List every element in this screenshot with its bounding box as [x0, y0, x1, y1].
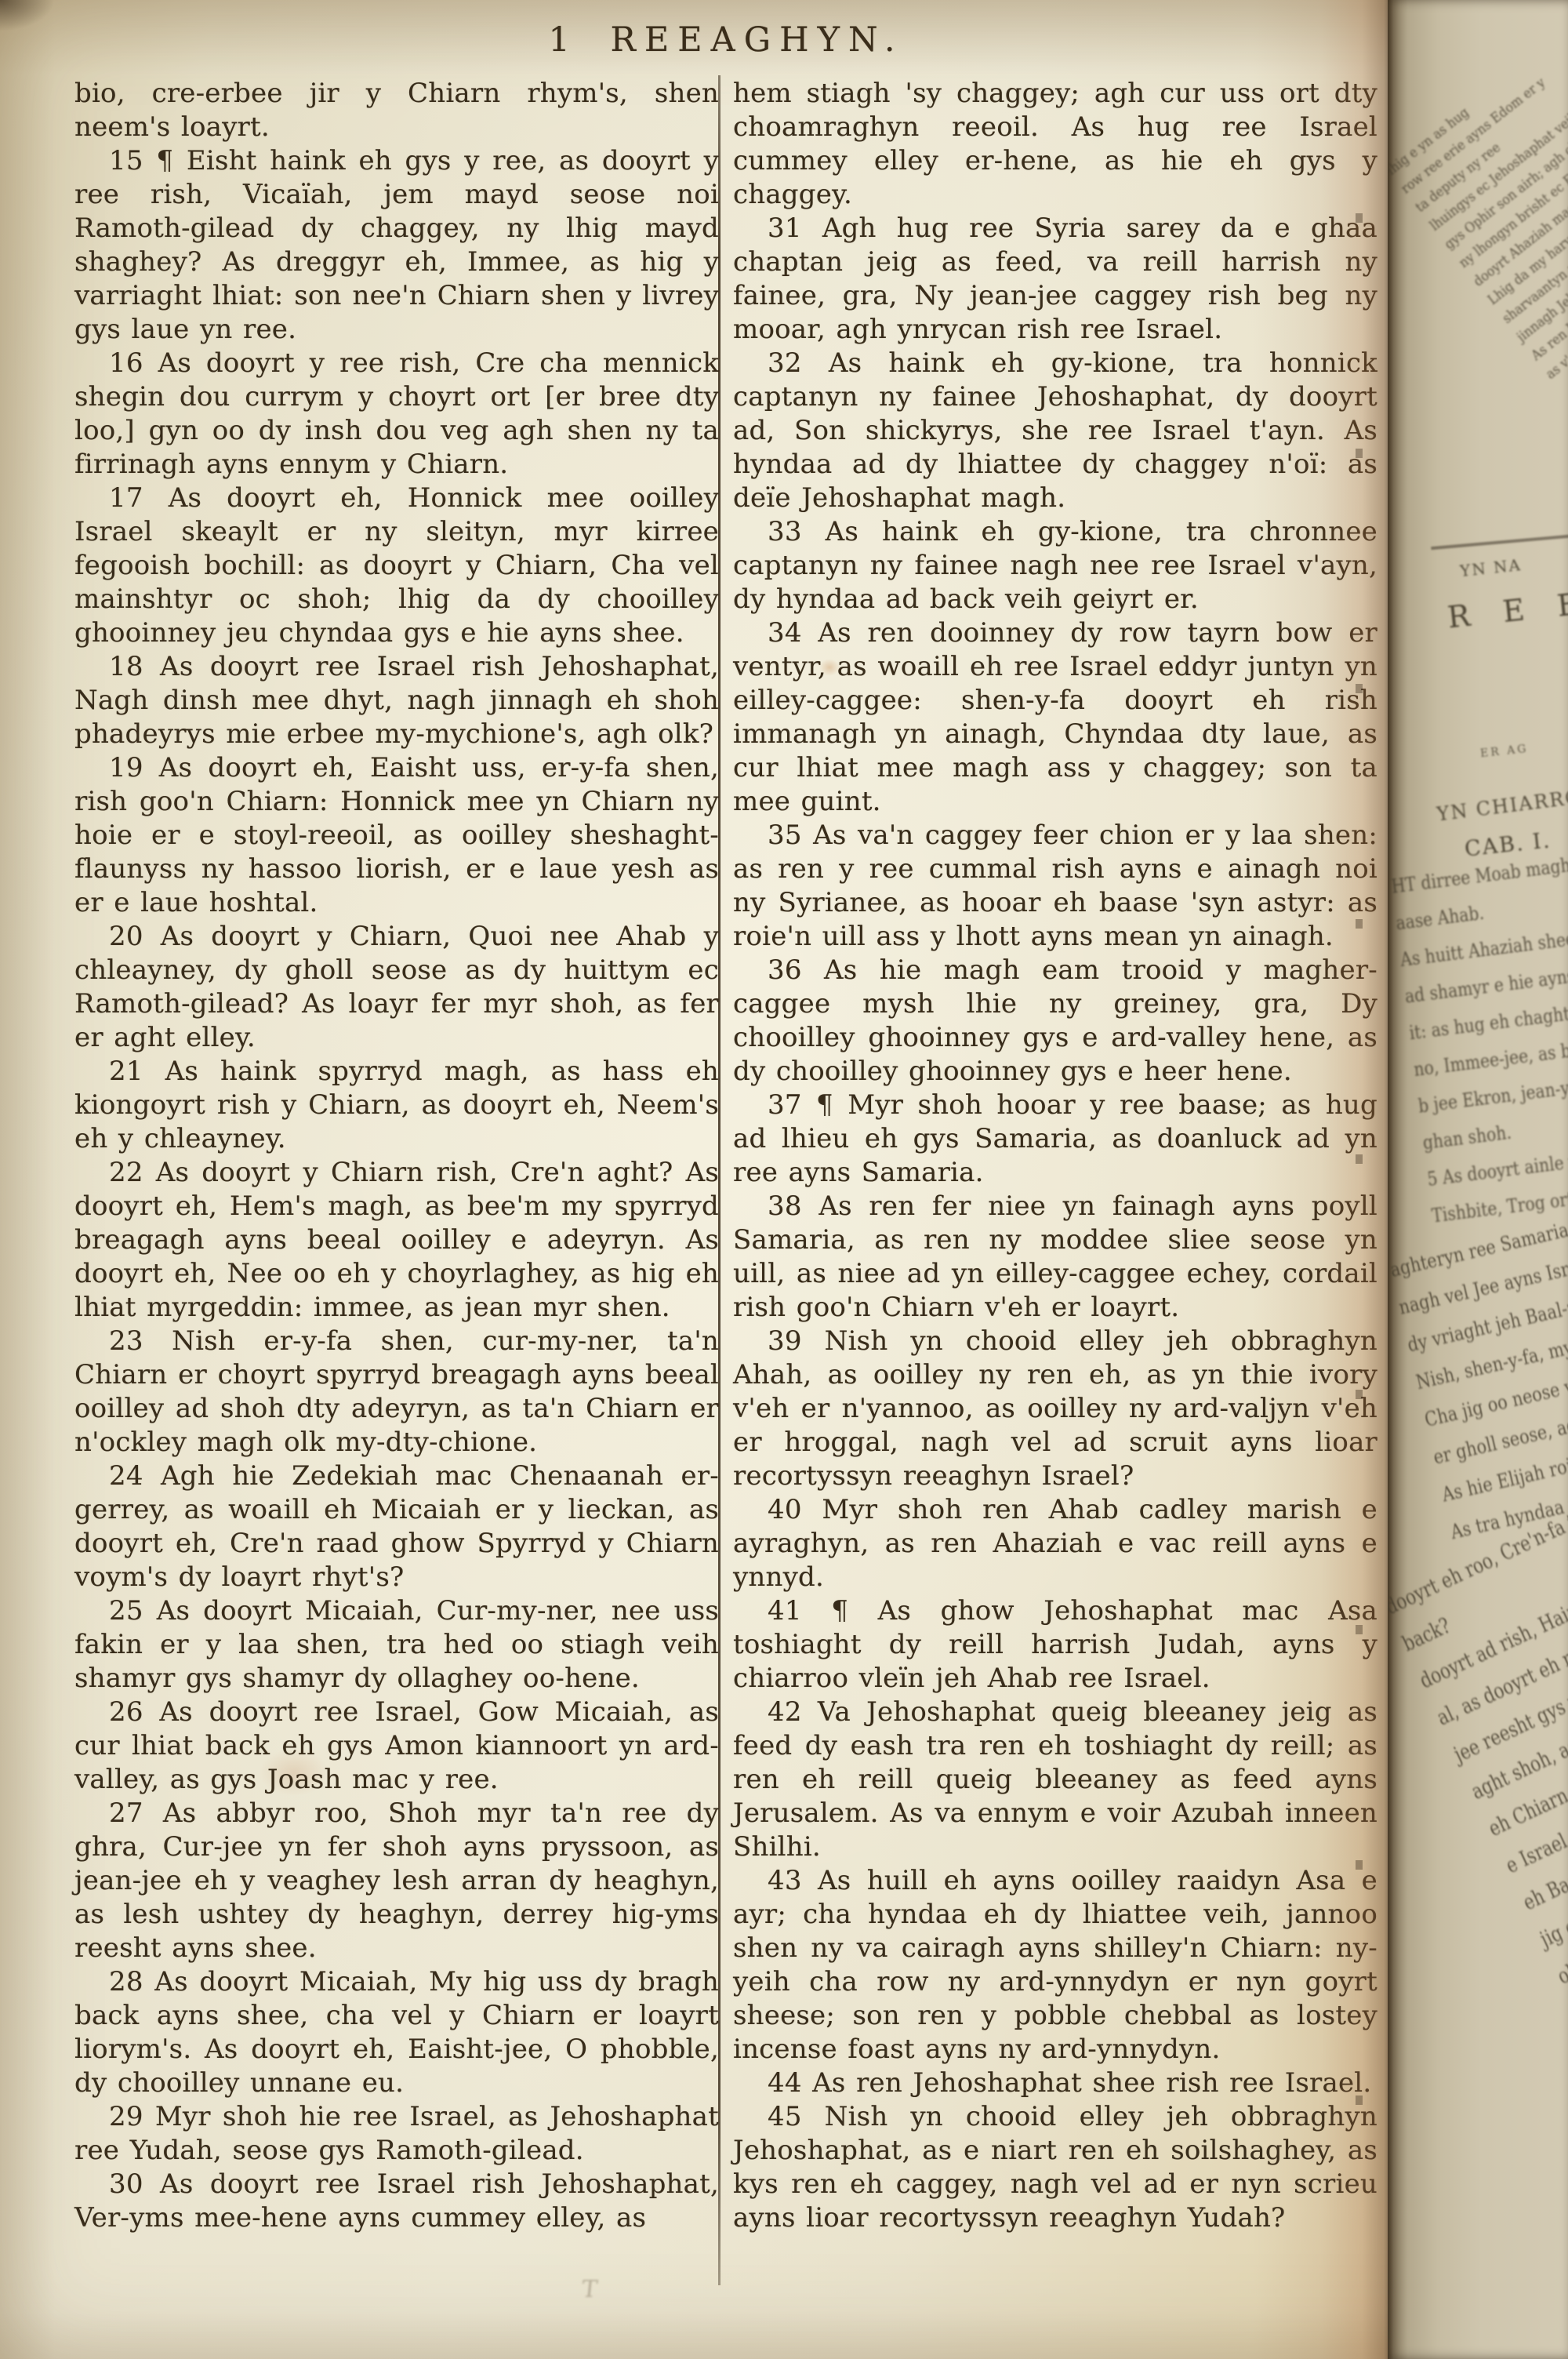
- verse: 21 As haink spyrryd magh, as hass eh kio…: [74, 1055, 719, 1156]
- verse: 24 Agh hie Zedekiah mac Chenaanah er-ger…: [74, 1459, 719, 1594]
- facing-page-ghost-text: dooyrt eh roo, Cre'n-fa taback?dooyrt ad…: [1388, 1466, 1568, 2255]
- facing-page-edge: lhig e yn as hugrow ree erie ayns Edom e…: [1388, 0, 1568, 2359]
- gutter-shadow: [1253, 0, 1389, 2359]
- verse: 20 As dooyrt y Chiarn, Quoi nee Ahab y c…: [74, 920, 719, 1055]
- facing-page-ghost-text: HT dirree Moab magh noi Isaase Ahab.As h…: [1389, 834, 1568, 1234]
- page-edge-ticks: [1356, 102, 1363, 2282]
- verse: 22 As dooyrt y Chiarn rish, Cre'n aght? …: [74, 1156, 719, 1325]
- verse: 17 As dooyrt eh, Honnick mee ooilley Isr…: [74, 482, 719, 650]
- verse: 23 Nish er-y-fa shen, cur-my-ner, ta'n C…: [74, 1325, 719, 1459]
- verse: 18 As dooyrt ree Israel rish Jehoshaphat…: [74, 650, 719, 751]
- verse: 30 As dooyrt ree Israel rish Jehoshaphat…: [74, 2168, 719, 2235]
- facing-page-running-fragment: YN CHIARROO: [1436, 783, 1568, 825]
- facing-page-rule: [1431, 533, 1568, 550]
- facing-page-ghost-text: aghteryn ree Samaria, as abbnagh vel Jee…: [1388, 1187, 1568, 1551]
- verse-continuation: bio, cre-erbee jir y Chiarn rhym's, shen…: [74, 77, 719, 144]
- book-page-scan: 1 REEAGHYN. bio, cre-erbee jir y Chiarn …: [0, 0, 1568, 2359]
- facing-page-title-fragment: R E E: [1446, 586, 1568, 635]
- verse: 16 As dooyrt y ree rish, Cre cha mennick…: [74, 347, 719, 482]
- facing-page-title-fragment: ER AG: [1479, 743, 1529, 760]
- running-header: 1 REEAGHYN.: [74, 20, 1377, 60]
- verse: 26 As dooyrt ree Israel, Gow Micaiah, as…: [74, 1696, 719, 1797]
- verse: 29 Myr shoh hie ree Israel, as Jehoshaph…: [74, 2100, 719, 2168]
- verse: 15 ¶ Eisht haink eh gys y ree, as dooyrt…: [74, 144, 719, 347]
- verse: 27 As abbyr roo, Shoh myr ta'n ree dy gh…: [74, 1797, 719, 1965]
- bleed-through-mark: T: [580, 2276, 599, 2303]
- verse: 19 As dooyrt eh, Eaisht uss, er-y-fa she…: [74, 751, 719, 920]
- left-column: bio, cre-erbee jir y Chiarn rhym's, shen…: [74, 77, 719, 2235]
- column-divider-rule: [718, 75, 720, 2285]
- verse: 25 As dooyrt Micaiah, Cur-my-ner, nee us…: [74, 1594, 719, 1696]
- verse: 28 As dooyrt Micaiah, My hig uss dy brag…: [74, 1965, 719, 2100]
- facing-page-title-fragment: YN NA: [1459, 555, 1523, 580]
- facing-page-ghost-text: lhig e yn as hugrow ree erie ayns Edom e…: [1388, 0, 1568, 386]
- photo-corner-shadow: [0, 0, 55, 31]
